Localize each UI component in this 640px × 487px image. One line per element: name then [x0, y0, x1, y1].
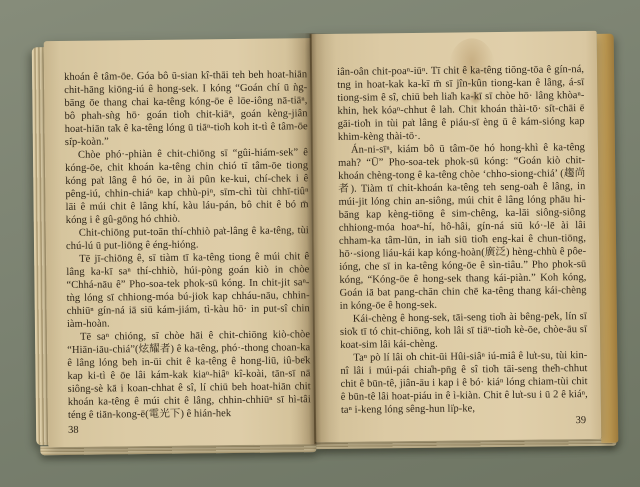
- paragraph: Chòe phó·-phiàn ê chit-chiōng sī “gûi-hi…: [65, 146, 309, 227]
- right-page: iân-oân chit-poaⁿ-iūⁿ. Tī chit ê ka-têng…: [311, 31, 602, 442]
- paragraph: Tē jī-chiōng ê, sī tiàm tī ka-têng tiong…: [66, 250, 310, 331]
- left-page: khoán ê tâm-ōe. Góa bô ū-sian kî-thāi te…: [44, 38, 316, 447]
- paragraph: Kái-chèng ê hong-sek, tāi-seng tio̍h ài …: [340, 310, 587, 352]
- left-page-text: khoán ê tâm-ōe. Góa bô ū-sian kî-thāi te…: [64, 68, 311, 422]
- paragraph: Chit-chiōng put-toān thí-chhiò pa̍t-lâng…: [66, 224, 309, 253]
- paragraph: Tē saⁿ chióng, sī chòe hāi ê chit-chiōng…: [67, 328, 311, 422]
- page-number-right: 39: [575, 415, 586, 426]
- open-book: khoán ê tâm-ōe. Góa bô ū-sian kî-thāi te…: [30, 25, 621, 460]
- paragraph: iân-oân chit-poaⁿ-iūⁿ. Tī chit ê ka-têng…: [337, 63, 585, 144]
- paragraph: Taⁿ pò lí lâi o̍h chit-ūi Hûi-siâⁿ iú-mi…: [340, 349, 588, 417]
- paragraph: khoán ê tâm-ōe. Góa bô ū-sian kî-thāi te…: [64, 68, 308, 149]
- right-page-text: iân-oân chit-poaⁿ-iūⁿ. Tī chit ê ka-têng…: [337, 63, 588, 417]
- paragraph: Án-ni-sīⁿ, kiám bô ū tâm-ōe hó hong-khì …: [338, 141, 587, 313]
- page-number-left: 38: [68, 425, 79, 436]
